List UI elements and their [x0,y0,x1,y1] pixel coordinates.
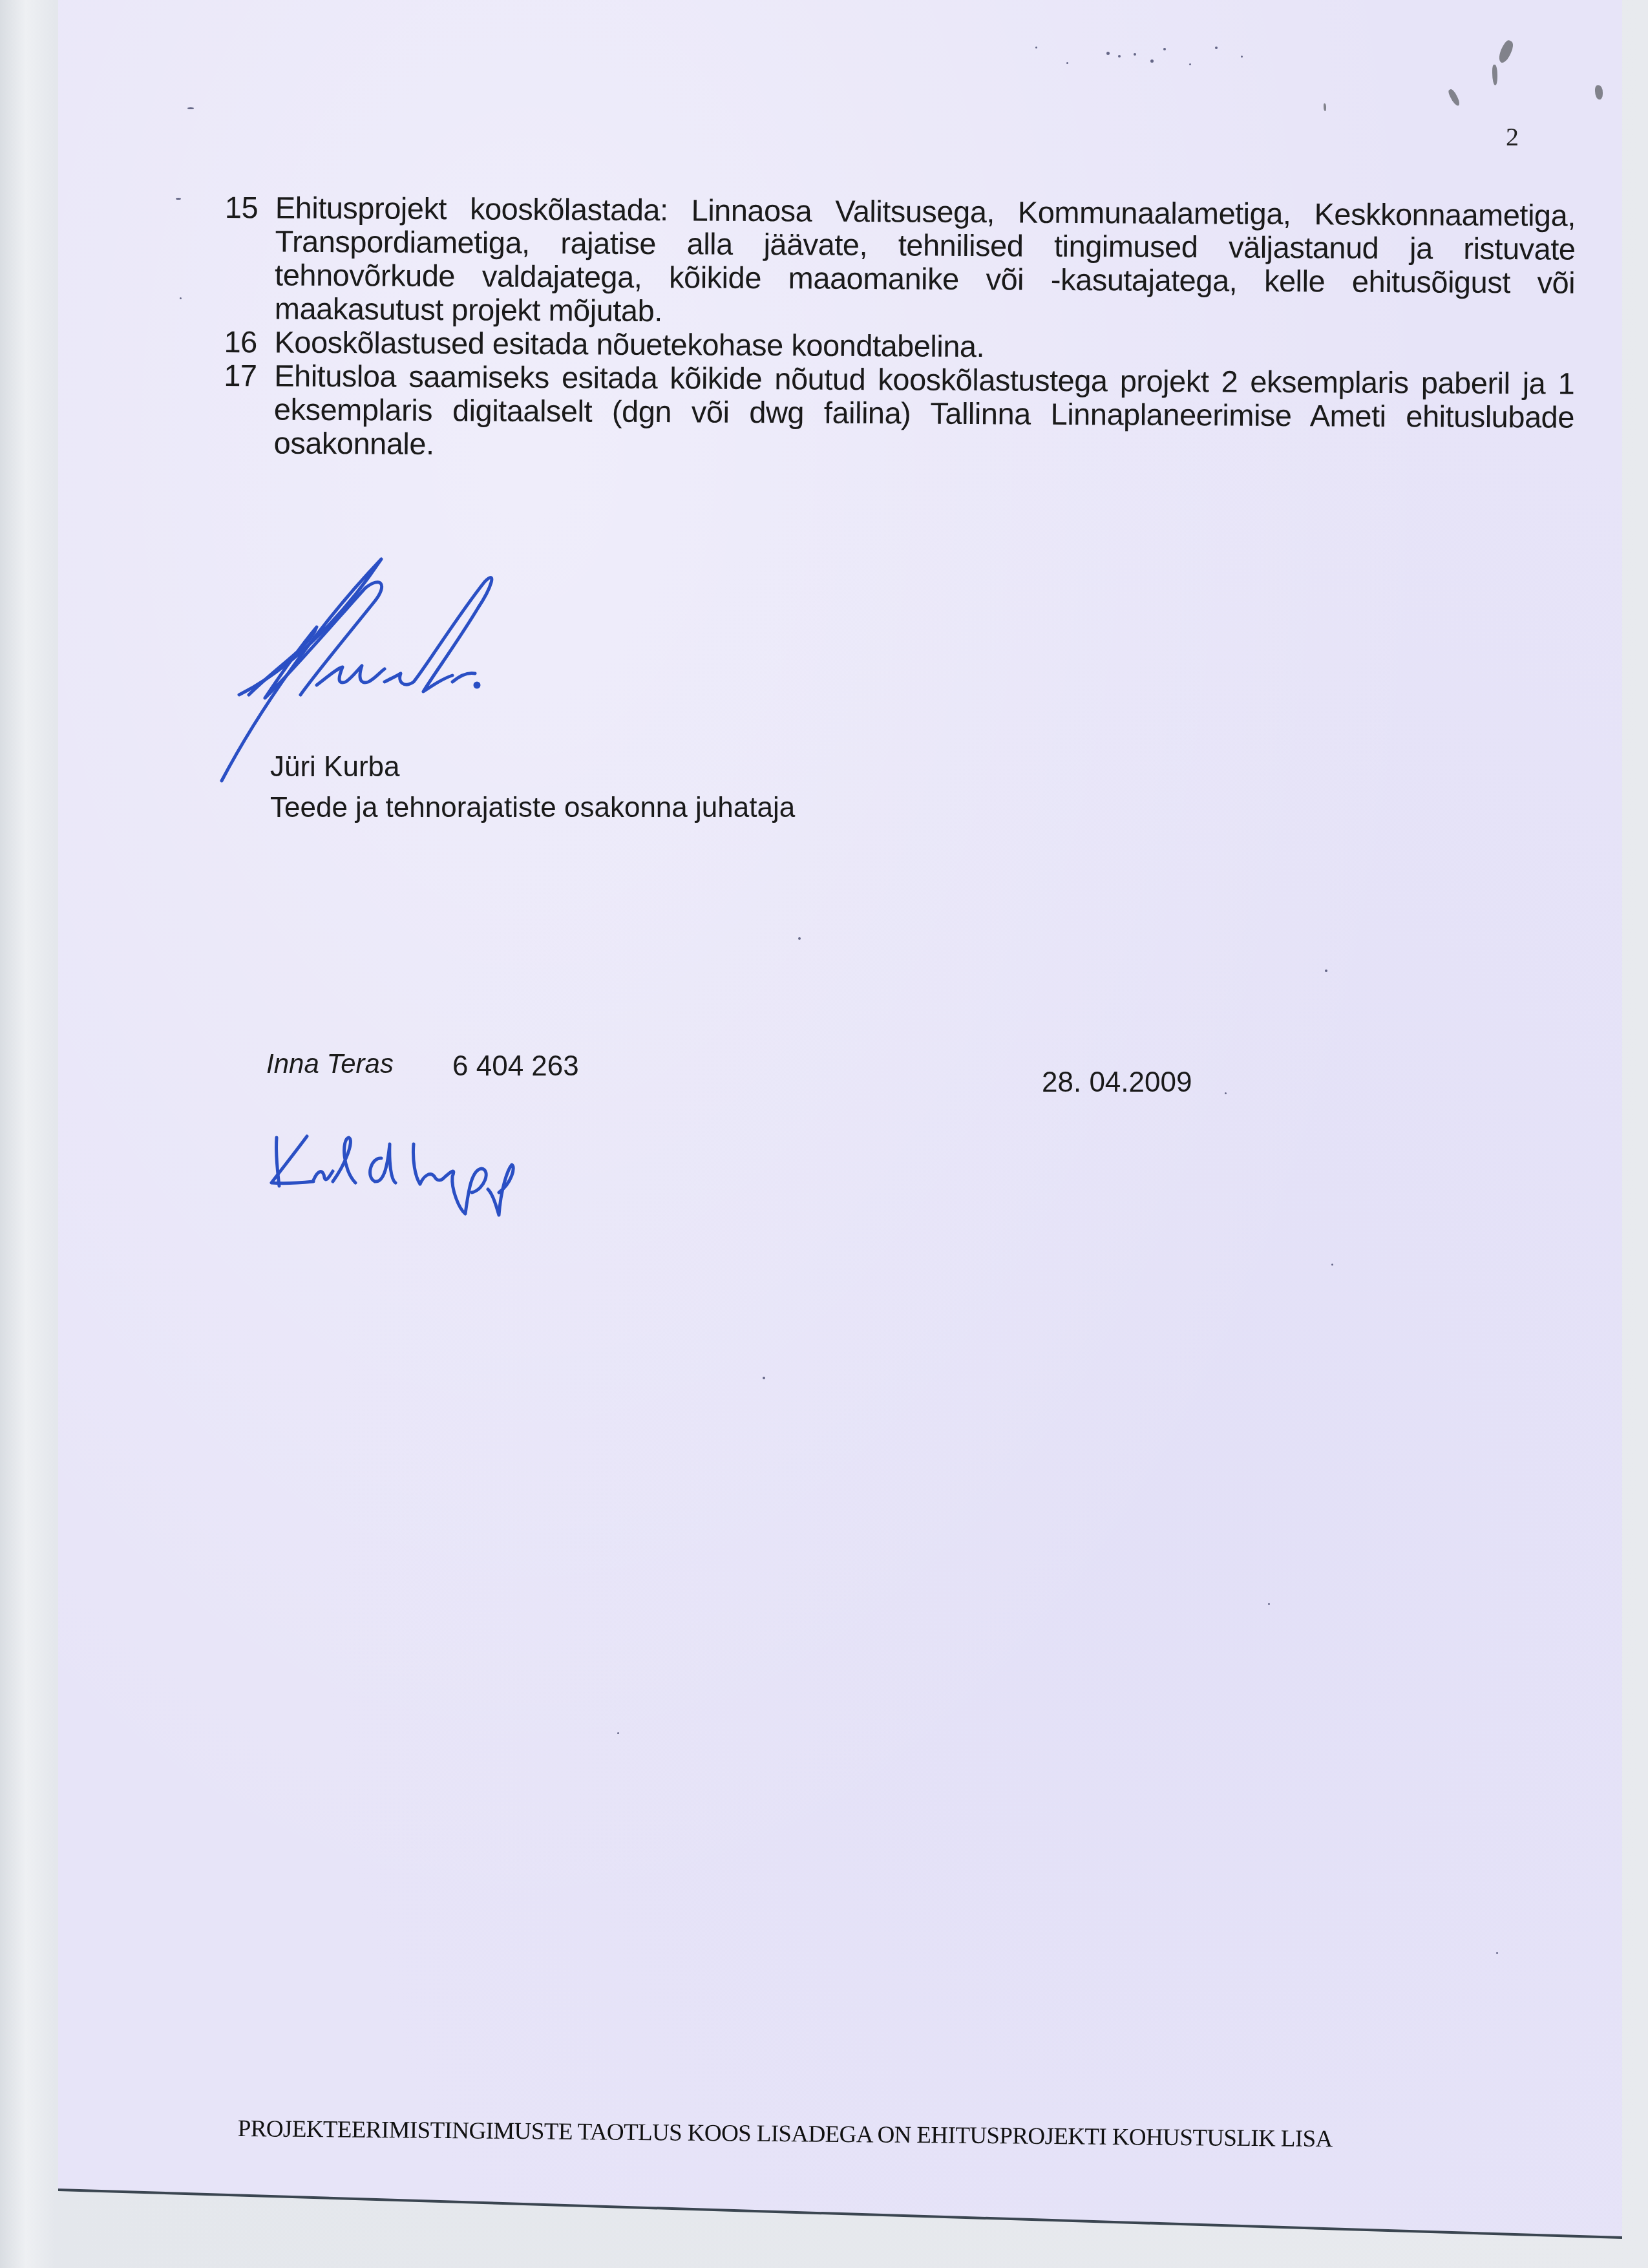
document-date: 28. 04.2009 [1042,1066,1192,1099]
scan-speck [1495,39,1516,64]
scan-dot [1150,59,1154,63]
signature-second [259,1118,536,1222]
scan-dot [1215,47,1218,49]
contact-phone: 6 404 263 [452,1050,579,1083]
scan-dot [1496,1952,1498,1954]
list-item: 15 Ehitusprojekt kooskõlastada: Linnaosa… [224,191,1576,334]
item-number: 17 [223,359,274,460]
scan-dot [1106,52,1110,55]
signatory-title: Teede ja tehnorajatiste osakonna juhataj… [270,792,795,824]
scan-dot [1134,53,1136,56]
scan-dot [1331,1264,1333,1266]
scan-dot [798,937,801,940]
scan-speck [1448,88,1461,107]
scan-speck [1595,85,1603,100]
item-text: Ehitusloa saamiseks esitada kõikide nõut… [273,359,1574,467]
item-number: 15 [224,191,275,325]
scan-dot [1189,63,1191,65]
scan-dot [1035,47,1037,48]
page-number: 2 [1506,122,1519,152]
scan-dot [176,198,181,200]
scan-dot [1118,55,1121,58]
scan-dot [1241,56,1243,58]
scan-dot [1066,62,1068,64]
scan-dot [1225,1092,1227,1094]
list-item: 17 Ehitusloa saamiseks esitada kõikide n… [223,359,1574,468]
scan-dot [187,107,194,109]
signatory-name: Jüri Kurba [270,751,400,783]
document-page: 2 15 Ehitusprojekt kooskõlastada: Linnao… [58,0,1622,2236]
contact-name: Inna Teras [266,1048,394,1079]
scan-dot [617,1732,619,1734]
scan-speck [1492,65,1497,85]
scan-dot [180,297,182,299]
scan-dot [1268,1603,1270,1605]
item-number: 16 [224,325,274,359]
item-text: Ehitusprojekt kooskõlastada: Linnaosa Va… [275,191,1576,333]
scan-dot [763,1377,765,1379]
scan-speck [1324,103,1326,111]
footer-note: PROJEKTEERIMISTINGIMUSTE TAOTLUS KOOS LI… [238,2115,1333,2153]
scan-dot [1163,48,1166,50]
conditions-list: 15 Ehitusprojekt kooskõlastada: Linnaosa… [223,191,1576,468]
scan-dot [1325,970,1327,972]
